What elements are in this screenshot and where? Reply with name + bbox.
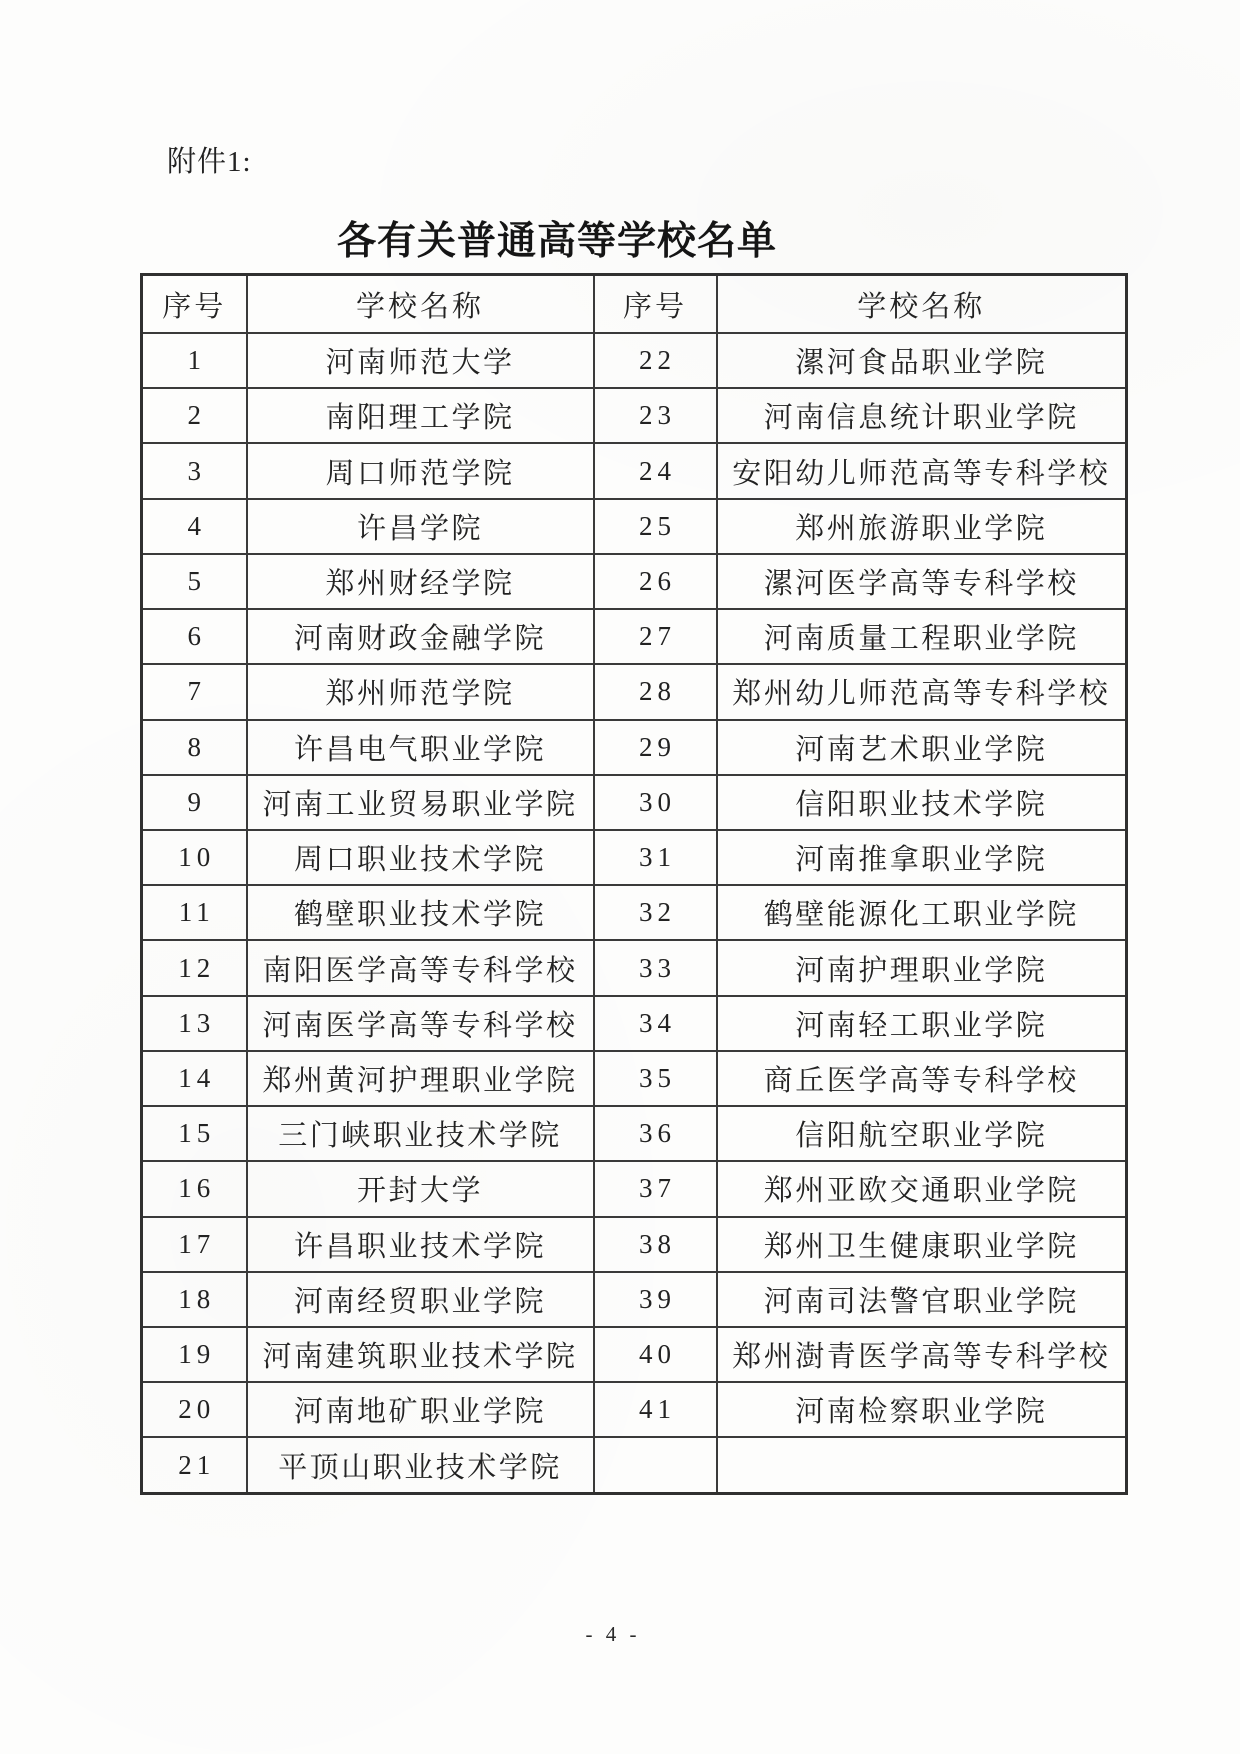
- serial-number: 13: [142, 996, 247, 1051]
- school-name: 郑州幼儿师范高等专科学校: [717, 664, 1127, 719]
- serial-number: 32: [594, 885, 717, 940]
- serial-number: 6: [142, 609, 247, 664]
- school-name: 许昌学院: [247, 499, 594, 554]
- school-name: 河南财政金融学院: [247, 609, 594, 664]
- serial-number: 38: [594, 1217, 717, 1272]
- serial-number: 9: [142, 775, 247, 830]
- school-name: 平顶山职业技术学院: [247, 1437, 594, 1493]
- table-row: 8许昌电气职业学院29河南艺术职业学院: [142, 720, 1127, 775]
- school-name: 周口职业技术学院: [247, 830, 594, 885]
- serial-number: 2: [142, 388, 247, 443]
- school-name: 河南检察职业学院: [717, 1382, 1127, 1437]
- table-row: 9河南工业贸易职业学院30信阳职业技术学院: [142, 775, 1127, 830]
- school-name: 安阳幼儿师范高等专科学校: [717, 443, 1127, 498]
- school-name: 郑州亚欧交通职业学院: [717, 1161, 1127, 1216]
- serial-number: 30: [594, 775, 717, 830]
- document-page: 附件1: 各有关普通高等学校名单 序号 学校名称 序号 学校名称 1河南师范大学…: [0, 0, 1240, 1754]
- school-name: [717, 1437, 1127, 1493]
- school-name: 河南医学高等专科学校: [247, 996, 594, 1051]
- table-row: 6河南财政金融学院27河南质量工程职业学院: [142, 609, 1127, 664]
- attachment-label: 附件1:: [167, 139, 252, 180]
- table-row: 7郑州师范学院28郑州幼儿师范高等专科学校: [142, 664, 1127, 719]
- school-name: 河南司法警官职业学院: [717, 1272, 1127, 1327]
- school-name: 漯河食品职业学院: [717, 333, 1127, 388]
- school-name: 河南信息统计职业学院: [717, 388, 1127, 443]
- serial-number: 27: [594, 609, 717, 664]
- table-row: 2南阳理工学院23河南信息统计职业学院: [142, 388, 1127, 443]
- serial-number: 39: [594, 1272, 717, 1327]
- serial-number: 7: [142, 664, 247, 719]
- column-header-serial-left: 序号: [142, 275, 247, 334]
- serial-number: 5: [142, 554, 247, 609]
- table-header-row: 序号 学校名称 序号 学校名称: [142, 275, 1127, 334]
- serial-number: 20: [142, 1382, 247, 1437]
- serial-number: 22: [594, 333, 717, 388]
- table-row: 17许昌职业技术学院38郑州卫生健康职业学院: [142, 1217, 1127, 1272]
- serial-number: 24: [594, 443, 717, 498]
- serial-number: 18: [142, 1272, 247, 1327]
- table-row: 10周口职业技术学院31河南推拿职业学院: [142, 830, 1127, 885]
- serial-number: 41: [594, 1382, 717, 1437]
- serial-number: 36: [594, 1106, 717, 1161]
- school-name: 信阳职业技术学院: [717, 775, 1127, 830]
- table-row: 19河南建筑职业技术学院40郑州澍青医学高等专科学校: [142, 1327, 1127, 1382]
- table-row: 21平顶山职业技术学院: [142, 1437, 1127, 1493]
- school-name: 周口师范学院: [247, 443, 594, 498]
- serial-number: 40: [594, 1327, 717, 1382]
- serial-number: 19: [142, 1327, 247, 1382]
- school-name: 郑州卫生健康职业学院: [717, 1217, 1127, 1272]
- serial-number: 26: [594, 554, 717, 609]
- school-name: 河南轻工职业学院: [717, 996, 1127, 1051]
- page-number: - 4 -: [0, 1622, 1226, 1647]
- school-name: 河南质量工程职业学院: [717, 609, 1127, 664]
- table-row: 13河南医学高等专科学校34河南轻工职业学院: [142, 996, 1127, 1051]
- table-row: 3周口师范学院24安阳幼儿师范高等专科学校: [142, 443, 1127, 498]
- serial-number: 17: [142, 1217, 247, 1272]
- table-row: 18河南经贸职业学院39河南司法警官职业学院: [142, 1272, 1127, 1327]
- serial-number: 37: [594, 1161, 717, 1216]
- serial-number: [594, 1437, 717, 1493]
- school-name: 河南艺术职业学院: [717, 720, 1127, 775]
- school-name: 河南推拿职业学院: [717, 830, 1127, 885]
- school-name: 许昌职业技术学院: [247, 1217, 594, 1272]
- school-name: 三门峡职业技术学院: [247, 1106, 594, 1161]
- serial-number: 33: [594, 940, 717, 995]
- serial-number: 4: [142, 499, 247, 554]
- table-row: 16开封大学37郑州亚欧交通职业学院: [142, 1161, 1127, 1216]
- serial-number: 21: [142, 1437, 247, 1493]
- school-name: 鹤壁能源化工职业学院: [717, 885, 1127, 940]
- school-name: 郑州黄河护理职业学院: [247, 1051, 594, 1106]
- column-header-school-left: 学校名称: [247, 275, 594, 334]
- school-name: 郑州澍青医学高等专科学校: [717, 1327, 1127, 1382]
- table-row: 14郑州黄河护理职业学院35商丘医学高等专科学校: [142, 1051, 1127, 1106]
- school-name: 河南经贸职业学院: [247, 1272, 594, 1327]
- school-name: 开封大学: [247, 1161, 594, 1216]
- school-name: 郑州师范学院: [247, 664, 594, 719]
- school-name: 信阳航空职业学院: [717, 1106, 1127, 1161]
- school-name: 郑州旅游职业学院: [717, 499, 1127, 554]
- serial-number: 1: [142, 333, 247, 388]
- serial-number: 10: [142, 830, 247, 885]
- school-list-table: 序号 学校名称 序号 学校名称 1河南师范大学22漯河食品职业学院2南阳理工学院…: [140, 273, 1128, 1495]
- serial-number: 35: [594, 1051, 717, 1106]
- school-name: 河南护理职业学院: [717, 940, 1127, 995]
- school-name: 河南师范大学: [247, 333, 594, 388]
- column-header-school-right: 学校名称: [717, 275, 1127, 334]
- serial-number: 31: [594, 830, 717, 885]
- serial-number: 8: [142, 720, 247, 775]
- serial-number: 28: [594, 664, 717, 719]
- table-row: 5郑州财经学院26漯河医学高等专科学校: [142, 554, 1127, 609]
- column-header-serial-right: 序号: [594, 275, 717, 334]
- serial-number: 3: [142, 443, 247, 498]
- serial-number: 12: [142, 940, 247, 995]
- table-row: 15三门峡职业技术学院36信阳航空职业学院: [142, 1106, 1127, 1161]
- page-title: 各有关普通高等学校名单: [337, 210, 777, 266]
- serial-number: 34: [594, 996, 717, 1051]
- table-row: 12南阳医学高等专科学校33河南护理职业学院: [142, 940, 1127, 995]
- school-name: 鹤壁职业技术学院: [247, 885, 594, 940]
- table-body: 1河南师范大学22漯河食品职业学院2南阳理工学院23河南信息统计职业学院3周口师…: [142, 333, 1127, 1494]
- serial-number: 15: [142, 1106, 247, 1161]
- school-name: 南阳医学高等专科学校: [247, 940, 594, 995]
- serial-number: 11: [142, 885, 247, 940]
- school-name: 许昌电气职业学院: [247, 720, 594, 775]
- table-row: 4许昌学院25郑州旅游职业学院: [142, 499, 1127, 554]
- school-name: 郑州财经学院: [247, 554, 594, 609]
- serial-number: 14: [142, 1051, 247, 1106]
- serial-number: 29: [594, 720, 717, 775]
- school-name: 河南工业贸易职业学院: [247, 775, 594, 830]
- serial-number: 16: [142, 1161, 247, 1216]
- table-row: 1河南师范大学22漯河食品职业学院: [142, 333, 1127, 388]
- school-name: 南阳理工学院: [247, 388, 594, 443]
- serial-number: 23: [594, 388, 717, 443]
- school-name: 漯河医学高等专科学校: [717, 554, 1127, 609]
- school-name: 河南建筑职业技术学院: [247, 1327, 594, 1382]
- table-row: 20河南地矿职业学院41河南检察职业学院: [142, 1382, 1127, 1437]
- serial-number: 25: [594, 499, 717, 554]
- school-name: 河南地矿职业学院: [247, 1382, 594, 1437]
- table-row: 11鹤壁职业技术学院32鹤壁能源化工职业学院: [142, 885, 1127, 940]
- school-name: 商丘医学高等专科学校: [717, 1051, 1127, 1106]
